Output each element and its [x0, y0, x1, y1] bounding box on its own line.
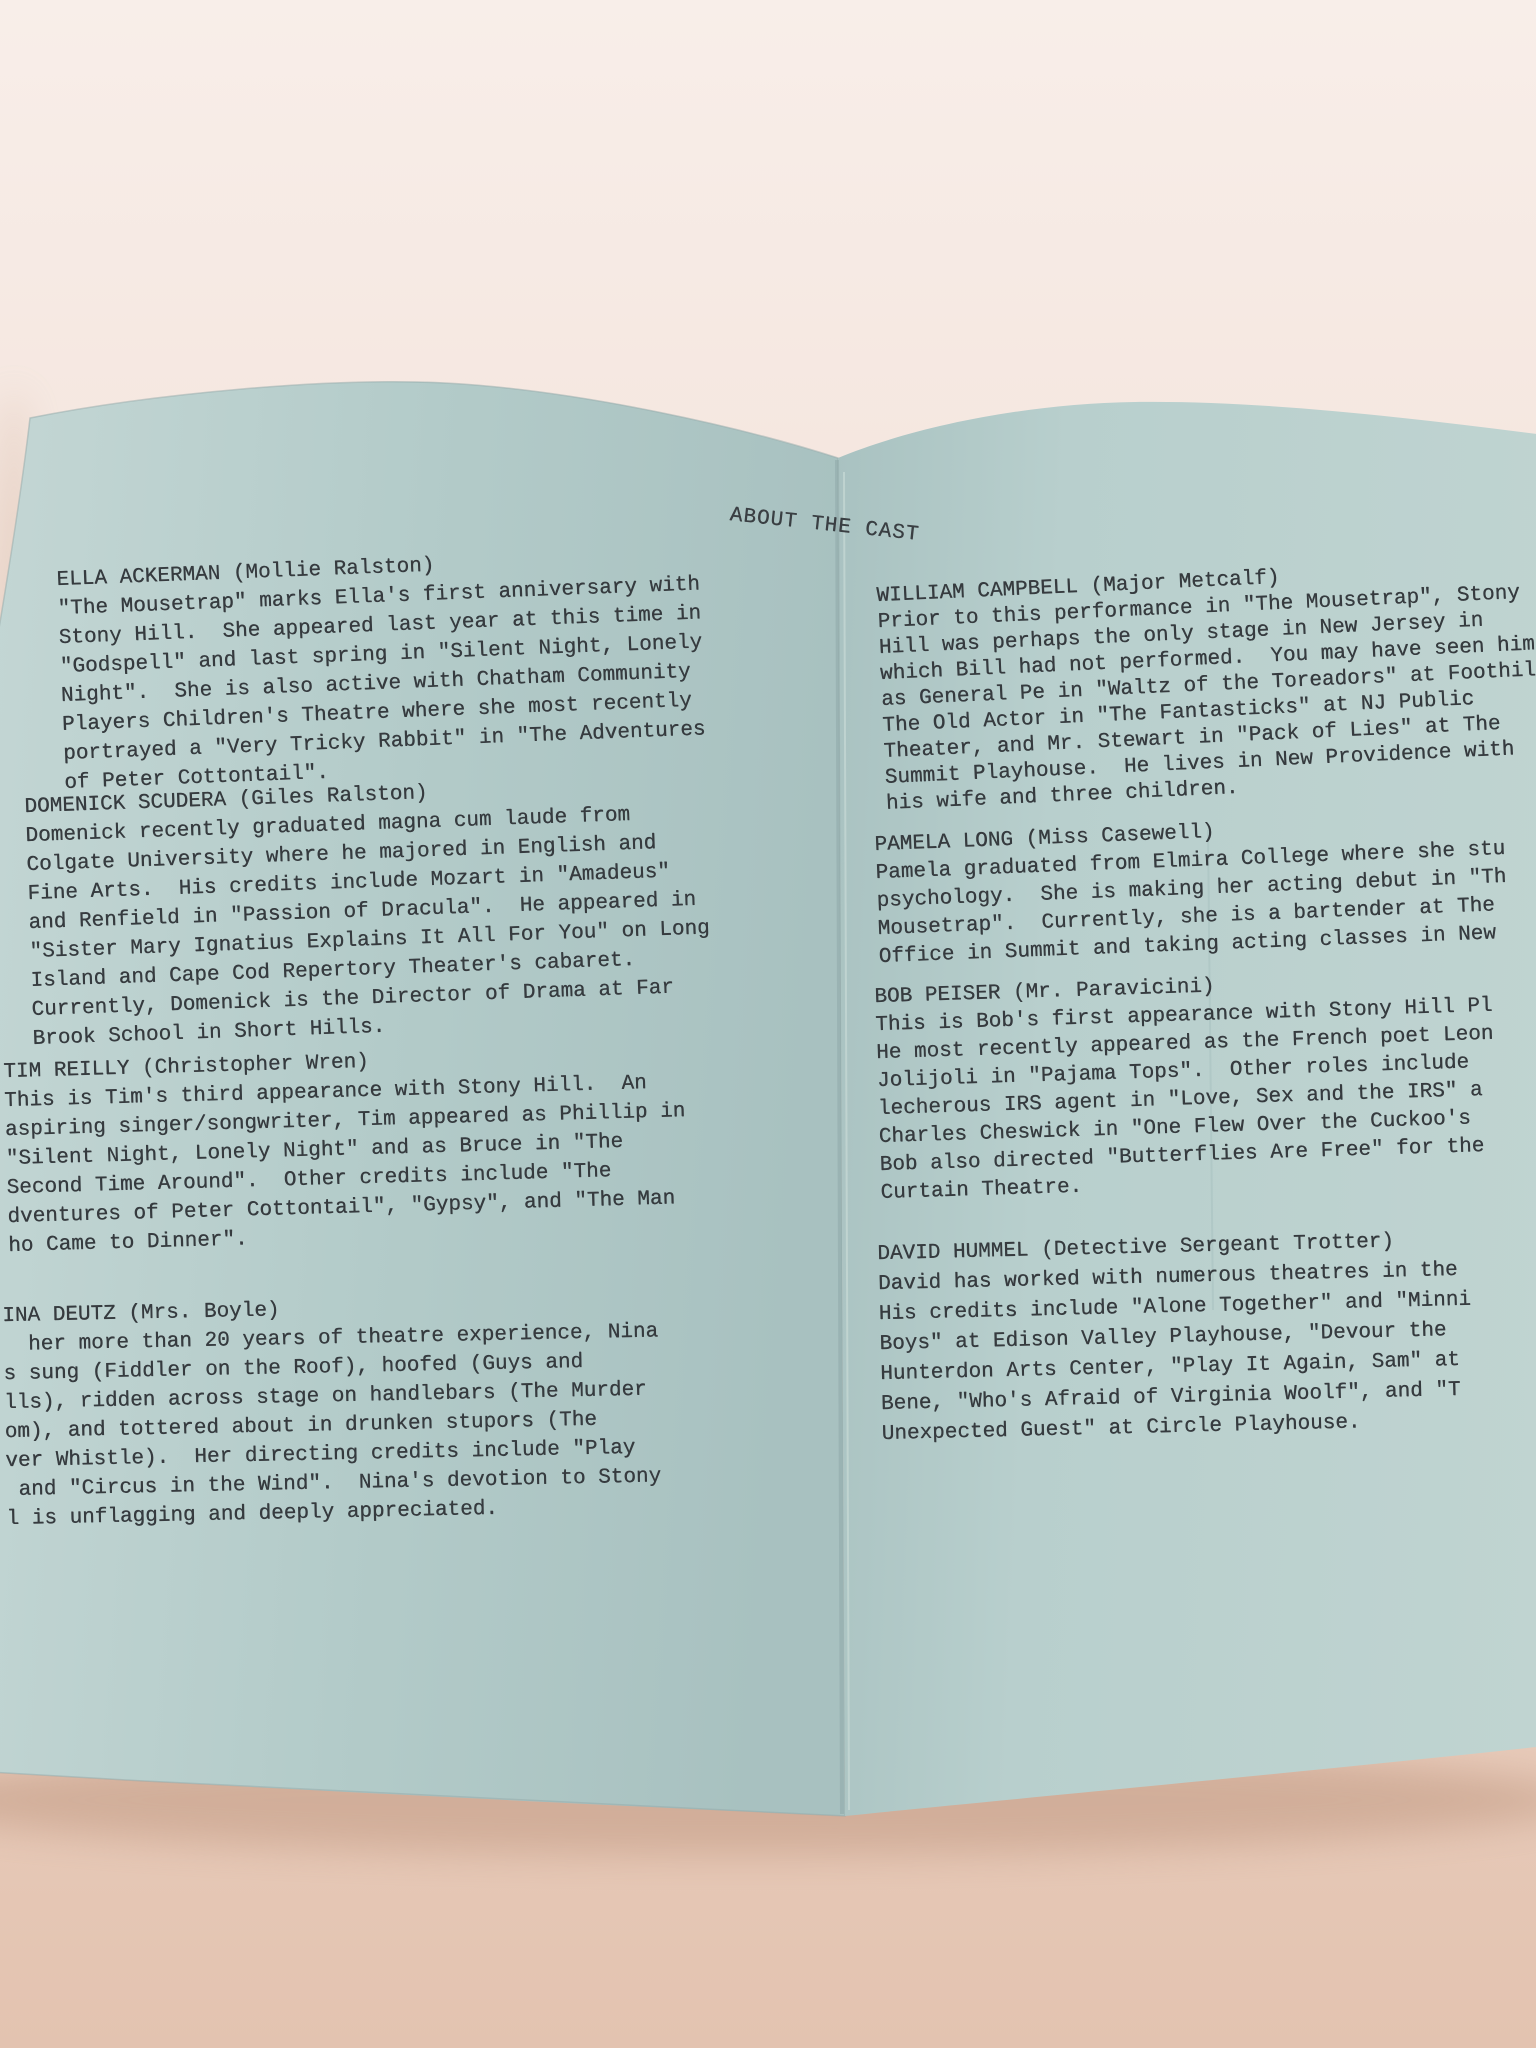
- cast-section: BOB PEISER (Mr. Paravicini)This is Bob's…: [874, 965, 1498, 1208]
- cast-section: INA DEUTZ (Mrs. Boyle) her more than 20 …: [2, 1288, 662, 1534]
- cast-section: DOMENICK SCUDERA (Giles Ralston)Domenick…: [24, 769, 713, 1054]
- cast-section: TIM REILLY (Christopher Wren)This is Tim…: [3, 1039, 689, 1261]
- cast-section: DAVID HUMMEL (Detective Sergeant Trotter…: [877, 1226, 1474, 1450]
- cast-section: ELLA ACKERMAN (Mollie Ralston)"The Mouse…: [56, 541, 707, 798]
- cast-section: PAMELA LONG (Miss Casewell)Pamela gradua…: [874, 808, 1509, 972]
- cast-section: WILLIAM CAMPBELL (Major Metcalf)Prior to…: [876, 554, 1536, 817]
- photo-background: ABOUT THE CAST ELLA ACKERMAN (Mollie Ral…: [0, 0, 1536, 2048]
